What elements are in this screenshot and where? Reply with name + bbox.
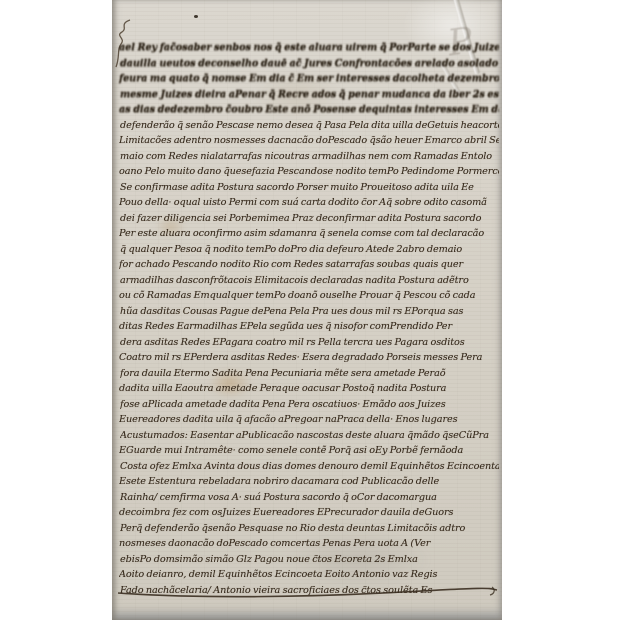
- text-line: Rainha/ cemfirma vosa A· suá Postura sac…: [120, 490, 499, 506]
- text-line: nosmeses daonacão doPescado comcertas Pe…: [119, 536, 499, 552]
- text-line: dauilla ueutos deconselho dauē ac̃ Jures…: [120, 56, 499, 72]
- text-line: ebisPo domsimão simão Glz Pagou noue c̃t…: [120, 552, 499, 568]
- text-line: Limitacões adentro nosmesses dacnacão do…: [119, 133, 499, 149]
- text-line: fose aPlicada ametade dadita Pena Pera o…: [120, 397, 499, 413]
- text-line: EGuarde mui Intramête· como senele contẽ…: [119, 443, 499, 459]
- text-line: Euereadores dadita uila q̃ afacão aPrego…: [119, 412, 499, 428]
- text-line: ael Rey fac̃osaber senbos nos q̃ este al…: [119, 40, 499, 56]
- text-line: armadilhas dasconfrõtacois Elimitacois d…: [120, 273, 499, 289]
- manuscript-photo: P ael Rey fac̃osaber senbos nos q̃ este …: [0, 0, 620, 620]
- manuscript-page: P ael Rey fac̃osaber senbos nos q̃ este …: [112, 0, 502, 620]
- text-line: Pouo della· oqual uisto Permi com suá ca…: [119, 195, 499, 211]
- text-line: Aoito deianro, demil Equinhẽtos Ecincoet…: [119, 567, 499, 583]
- text-line: dera asditas Redes EPagara coatro mil rs…: [120, 335, 499, 351]
- ink-dot: [194, 15, 198, 18]
- text-line: ditas Redes Earmadilhas EPela segũda ues…: [119, 319, 499, 335]
- text-line: dadita uilla Eaoutra ametade Peraque oac…: [119, 381, 499, 397]
- text-line: as dias dedezembro c̃oubro Este anõ Pose…: [119, 102, 499, 118]
- text-line: defenderão q̃ senão Pescase nemo desea q…: [120, 118, 499, 134]
- text-line: Esete Estentura rebeladara nobriro dacam…: [119, 474, 499, 490]
- text-line: Coatro mil rs EPerdera asditas Redes· Es…: [119, 350, 499, 366]
- text-line: Costa ofez Emlxa Avinta dous dias domes …: [120, 459, 499, 475]
- text-line: Per este aluara oconfirmo asim sdamanra …: [119, 226, 499, 242]
- text-line: decoimbra fez com osJuizes Euereadores E…: [119, 505, 499, 521]
- manuscript-text: ael Rey fac̃osaber senbos nos q̃ este al…: [119, 40, 499, 598]
- text-line: for achado Pescando nodito Rio com Redes…: [119, 257, 499, 273]
- text-line: oano Pelo muito dano q̃uesefazia Pescand…: [119, 164, 499, 180]
- text-line: ou cõ Ramadas Emqualquer temPo doanõ ous…: [119, 288, 499, 304]
- text-line: Acustumados: Easentar aPublicacão nascos…: [120, 428, 499, 444]
- text-line: mesme Juizes dieira aPenar q̃ Recre ados…: [120, 87, 499, 103]
- text-line: maio com Redes nialatarrafas nicoutras a…: [120, 149, 499, 165]
- text-line: Se confirmase adita Postura sacordo Pors…: [120, 180, 499, 196]
- text-line: q̃ qualquer Pesoa q̃ nodito temPo doPro …: [120, 242, 499, 258]
- flourish-underline: [112, 583, 502, 605]
- text-line: Perq̃ defenderão q̃senão Pesquase no Rio…: [120, 521, 499, 537]
- text-line: hũa dasditas Cousas Pague dePena Pela Pr…: [120, 304, 499, 320]
- text-line: feura ma quato q̃ nomse Em dia c̃ Em ser…: [119, 71, 499, 87]
- text-line: fora dauila Etermo Sadita Pena Pecuniari…: [120, 366, 499, 382]
- text-line: dei fazer diligencia sei Porbemimea Praz…: [120, 211, 499, 227]
